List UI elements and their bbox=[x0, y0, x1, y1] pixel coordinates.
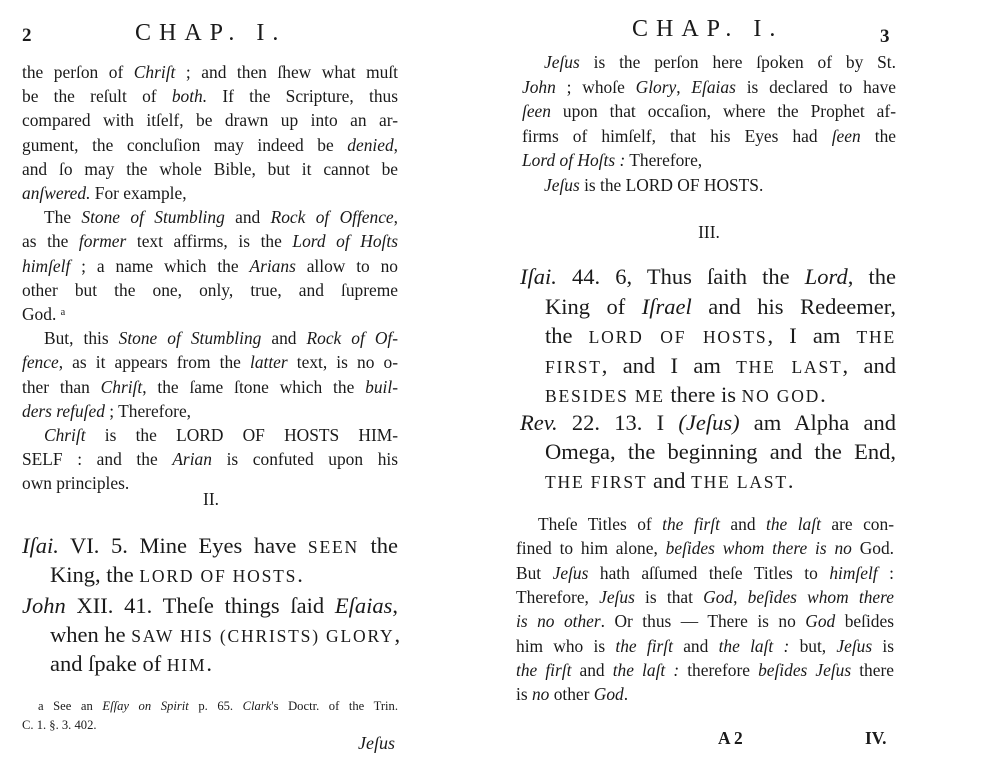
text-line: as the former text affirms, is the Lord … bbox=[22, 229, 398, 253]
footnote-line: C. 1. §. 3. 402. bbox=[22, 713, 97, 737]
text-line: Theſe Titles of the firſt and the laſt a… bbox=[538, 512, 894, 536]
verse-line: Omega, the beginning and the End, bbox=[545, 437, 896, 467]
text-line: Jeſus is the perſon here ſpoken of by St… bbox=[544, 50, 896, 74]
catchword: IV. bbox=[865, 726, 886, 750]
signature-mark: A 2 bbox=[718, 726, 743, 750]
text-line: The Stone of Stumbling and Rock of Offen… bbox=[44, 205, 398, 229]
verse-line: first, and I am the last, and bbox=[545, 351, 896, 382]
text-line: anſwered. For example, bbox=[22, 181, 398, 205]
text-line: compared with itſelf, be drawn up into a… bbox=[22, 108, 398, 132]
verse-line: King of Iſrael and his Redeemer, bbox=[545, 292, 896, 322]
text-line: But Jeſus hath aſſumed theſe Titles to h… bbox=[516, 561, 894, 585]
text-line: SELF : and the Arian is confuted upon hi… bbox=[22, 447, 398, 471]
verse-line: Iſai. VI. 5. Mine Eyes have seen the bbox=[22, 531, 398, 562]
text-line: fence, as it appears from the latter tex… bbox=[22, 350, 398, 374]
text-line: Jeſus is the LORD OF HOSTS. bbox=[544, 173, 896, 197]
page-number: 3 bbox=[880, 26, 890, 48]
verse-line: besides me there is no god. bbox=[545, 380, 826, 411]
verse-line: King, the lord of hosts. bbox=[50, 560, 303, 591]
text-line: himſelf ; a name which the Arians allow … bbox=[22, 254, 398, 278]
text-line: Chriſt is the LORD OF HOSTS HIM- bbox=[44, 423, 398, 447]
verse-line: Iſai. 44. 6, Thus ſaith the Lord, the bbox=[520, 262, 896, 292]
section-number: II. bbox=[22, 487, 400, 511]
verse-line: the first and the last. bbox=[545, 466, 793, 497]
verse-line: the lord of hosts, I am the bbox=[545, 321, 896, 352]
text-line: Lord of Hoſts : Therefore, bbox=[522, 148, 896, 172]
text-line: God. ᵃ bbox=[22, 302, 398, 326]
text-line: be the reſult of both. If the Scripture,… bbox=[22, 84, 398, 108]
running-head: CHAP. I. bbox=[632, 16, 783, 43]
verse-line: and ſpake of him. bbox=[50, 649, 212, 680]
section-number: III. bbox=[520, 220, 898, 244]
text-line: fined to him alone, beſides whom there i… bbox=[516, 536, 894, 560]
text-line: gument, the concluſion may indeed be den… bbox=[22, 133, 398, 157]
verse-line: Rev. 22. 13. I (Jeſus) am Alpha and bbox=[520, 408, 896, 438]
page-number: 2 bbox=[22, 25, 32, 47]
text-line: other but the one, only, true, and ſupre… bbox=[22, 278, 398, 302]
verse-line: John XII. 41. Theſe things ſaid Eſaias, bbox=[22, 591, 398, 621]
text-line: Therefore, Jeſus is that God, beſides wh… bbox=[516, 585, 894, 609]
text-line: the firſt and the laſt : therefore beſid… bbox=[516, 658, 894, 682]
running-head: CHAP. I. bbox=[135, 20, 286, 47]
text-line: him who is the firſt and the laſt : but,… bbox=[516, 634, 894, 658]
verse-line: when he saw his (christs) glory, bbox=[50, 620, 398, 651]
text-line: is no other. Or thus — There is no God b… bbox=[516, 609, 894, 633]
text-line: John ; whoſe Glory, Eſaias is declared t… bbox=[522, 75, 896, 99]
text-line: ders refuſed ; Therefore, bbox=[22, 399, 398, 423]
text-line: firms of himſelf, that his Eyes had ſeen… bbox=[522, 124, 896, 148]
text-line: ſeen upon that occaſion, where the Proph… bbox=[522, 99, 896, 123]
text-line: is no other God. bbox=[516, 682, 894, 706]
catchword: Jeſus bbox=[358, 731, 395, 755]
text-line: and ſo may the whole Bible, but it canno… bbox=[22, 157, 398, 181]
text-line: the perſon of Chriſt ; and then ſhew wha… bbox=[22, 60, 398, 84]
text-line: ther than Chriſt, the ſame ſtone which t… bbox=[22, 375, 398, 399]
text-line: But, this Stone of Stumbling and Rock of… bbox=[44, 326, 398, 350]
